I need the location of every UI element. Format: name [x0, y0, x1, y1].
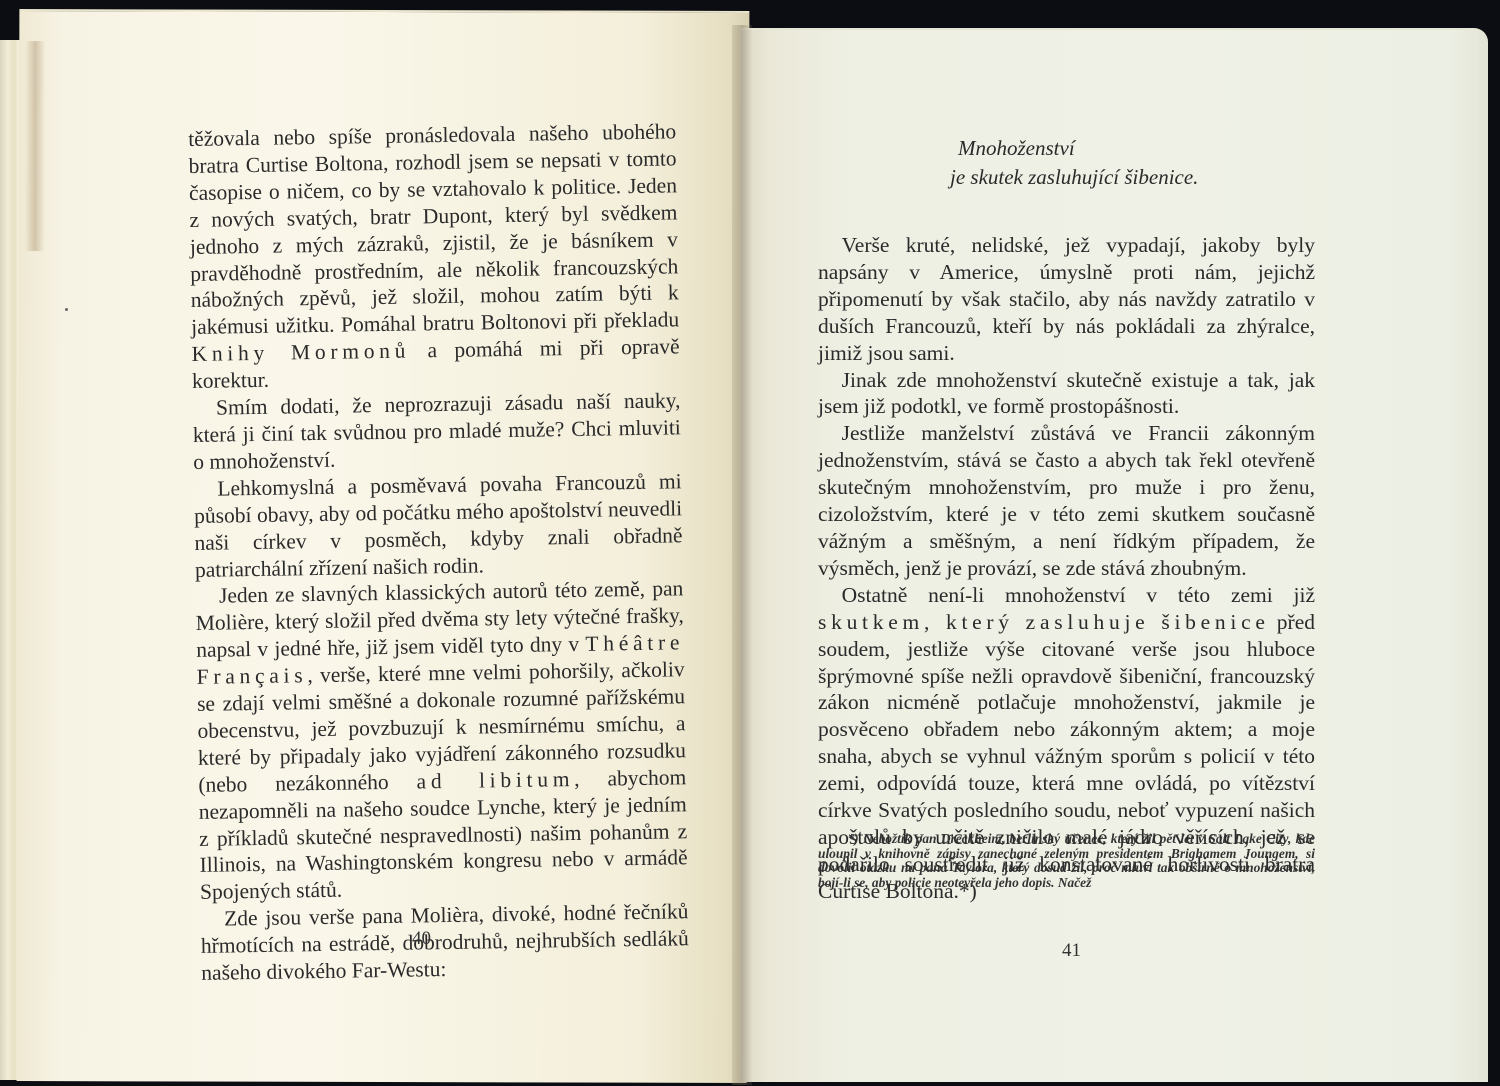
- page-fold-shadow: [25, 41, 46, 251]
- page-number-right: 41: [1062, 940, 1081, 962]
- paragraph: Zde jsou verše pana Molièra, divoké, hod…: [200, 899, 689, 987]
- footnote: *) Nebožtík pan Dreckheim, berlínský uče…: [818, 832, 1315, 890]
- heading-line: je skutek zasluhující šibenice.: [950, 163, 1198, 192]
- paragraph: Verše kruté, nelidské, jež vypadají, jak…: [818, 232, 1315, 367]
- page-number-left: 40: [412, 928, 431, 950]
- paragraph: Jeden ze slavných klassických autorů tét…: [195, 576, 688, 907]
- book-gutter: [732, 25, 752, 1085]
- paragraph: Lehkomyslná a posměvavá povaha Francouzů…: [193, 468, 683, 583]
- right-page-text: Verše kruté, nelidské, jež vypadají, jak…: [818, 232, 1315, 905]
- heading-line: Mnohoženství: [958, 134, 1198, 163]
- paper-speck: [65, 308, 68, 311]
- paragraph: těžovala nebo spíše pronásledovala našeh…: [188, 118, 680, 395]
- book-spread: těžovala nebo spíše pronásledovala našeh…: [0, 0, 1500, 1086]
- paragraph: Jestliže manželství zůstává ve Francii z…: [818, 420, 1315, 581]
- footnote-text: *) Nebožtík pan Dreckheim, berlínský uče…: [818, 832, 1315, 890]
- paragraph: Smím dodati, že neprozrazuji zásadu naší…: [192, 387, 681, 475]
- left-page-text: těžovala nebo spíše pronásledovala našeh…: [188, 118, 689, 987]
- section-heading: Mnohoženství je skutek zasluhující šiben…: [958, 134, 1198, 192]
- paragraph: Jinak zde mnohoženství skutečně existuje…: [818, 367, 1315, 421]
